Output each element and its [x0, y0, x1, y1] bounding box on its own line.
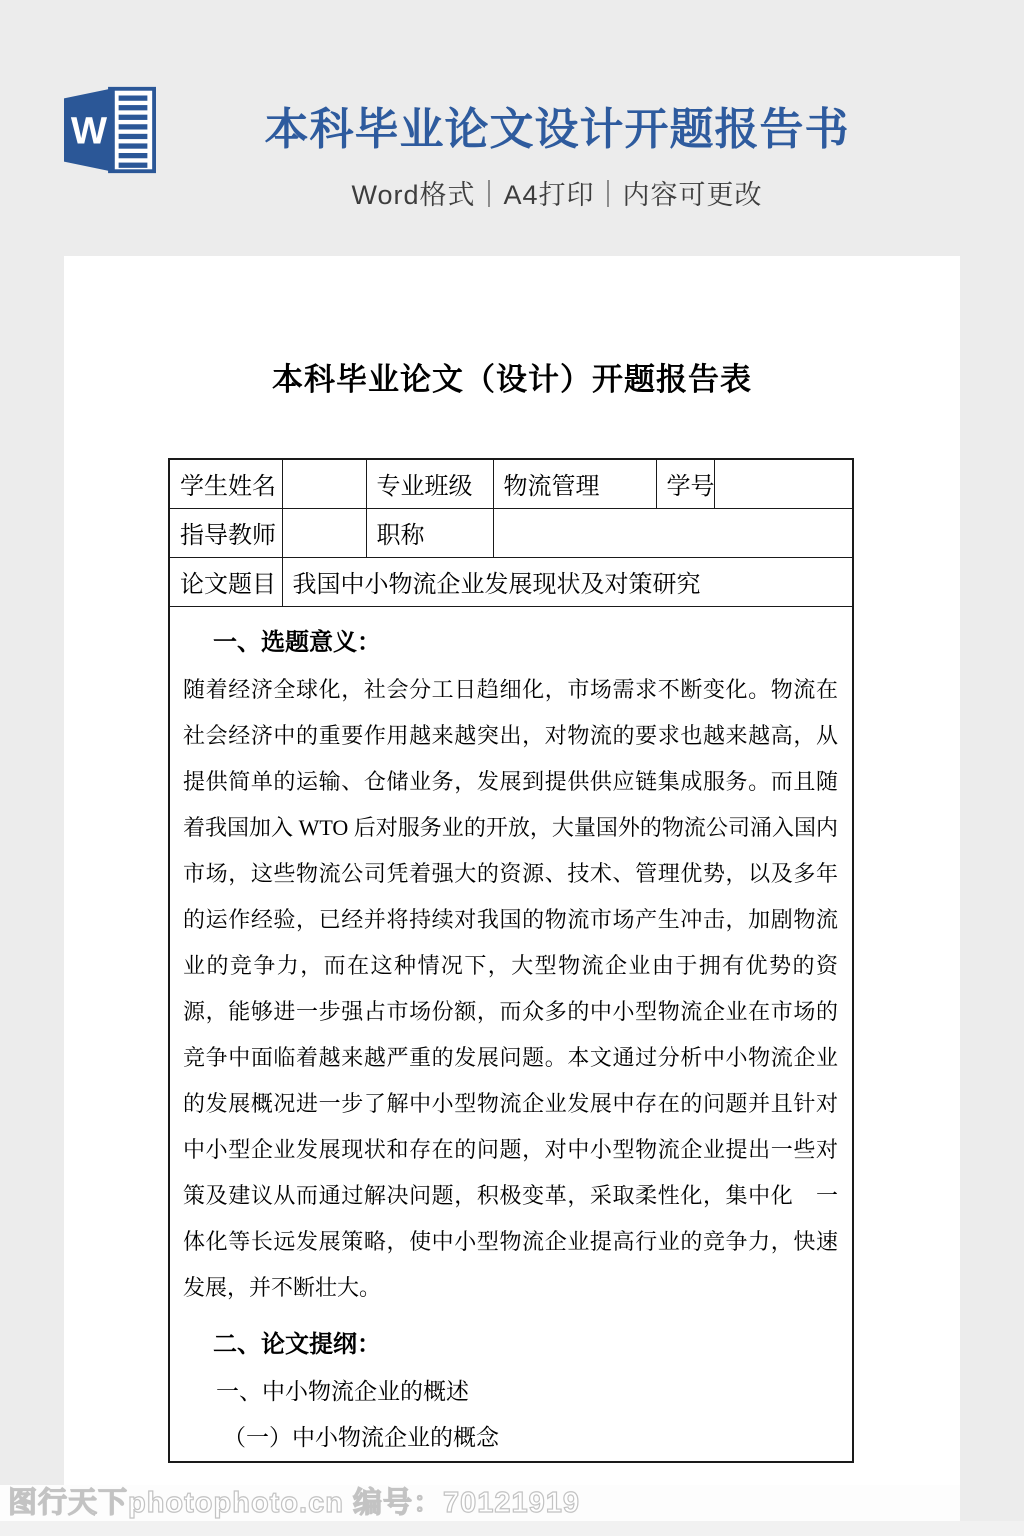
thesis-info-table: 学生姓名 专业班级 物流管理 学号 指导教师 职称 论文题目 我国中小物流企业发…: [168, 458, 854, 1463]
document-title: 本科毕业论文（设计）开题报告表: [64, 354, 960, 399]
page-root: W 本科毕业论文设计开题报告书 Word格式｜A4打印｜内容可更改 本科毕业论文…: [0, 0, 1024, 1536]
site-header: W 本科毕业论文设计开题报告书 Word格式｜A4打印｜内容可更改: [0, 0, 1024, 256]
student-id-value: [714, 459, 853, 508]
table-row-thesis-title: 论文题目 我国中小物流企业发展现状及对策研究: [169, 557, 853, 606]
major-value: 物流管理: [493, 459, 656, 508]
student-name-value: [282, 459, 366, 508]
template-title: 本科毕业论文设计开题报告书: [90, 93, 1024, 157]
document-page: 本科毕业论文（设计）开题报告表 学生姓名 专业班级 物流管理 学号: [64, 256, 960, 1521]
outline-item-1: 一、中小物流企业的概述: [183, 1369, 838, 1415]
advisor-value: [282, 508, 366, 557]
bottom-strip: [0, 1521, 1024, 1536]
section1-paragraph: 随着经济全球化，社会分工日趋细化，市场需求不断变化。物流在社会经济中的重要作用越…: [183, 667, 838, 1311]
student-id-label: 学号: [656, 459, 714, 508]
thesis-title-value: 我国中小物流企业发展现状及对策研究: [282, 557, 853, 606]
table-row-content: 一、选题意义： 随着经济全球化，社会分工日趋细化，市场需求不断变化。物流在社会经…: [169, 606, 853, 1462]
header-text: 本科毕业论文设计开题报告书 Word格式｜A4打印｜内容可更改: [90, 0, 1024, 212]
thesis-title-label: 论文题目: [169, 557, 282, 606]
watermark-text: 图行天下photophoto.cn 编号：70121919: [8, 1485, 580, 1521]
section1-heading: 一、选题意义：: [183, 619, 838, 667]
major-label: 专业班级: [366, 459, 493, 508]
table-row-student: 学生姓名 专业班级 物流管理 学号: [169, 459, 853, 508]
student-name-label: 学生姓名: [169, 459, 282, 508]
title-rank-label: 职称: [366, 508, 493, 557]
section2-heading: 二、论文提纲：: [183, 1321, 838, 1369]
advisor-label: 指导教师: [169, 508, 282, 557]
content-cell: 一、选题意义： 随着经济全球化，社会分工日趋细化，市场需求不断变化。物流在社会经…: [169, 606, 853, 1462]
title-rank-value: [493, 508, 853, 557]
table-row-advisor: 指导教师 职称: [169, 508, 853, 557]
template-subtitle: Word格式｜A4打印｜内容可更改: [90, 173, 1024, 212]
watermark-bar: 图行天下photophoto.cn 编号：70121919: [0, 1485, 960, 1521]
outline-item-2: （一）中小物流企业的概念: [183, 1415, 838, 1461]
